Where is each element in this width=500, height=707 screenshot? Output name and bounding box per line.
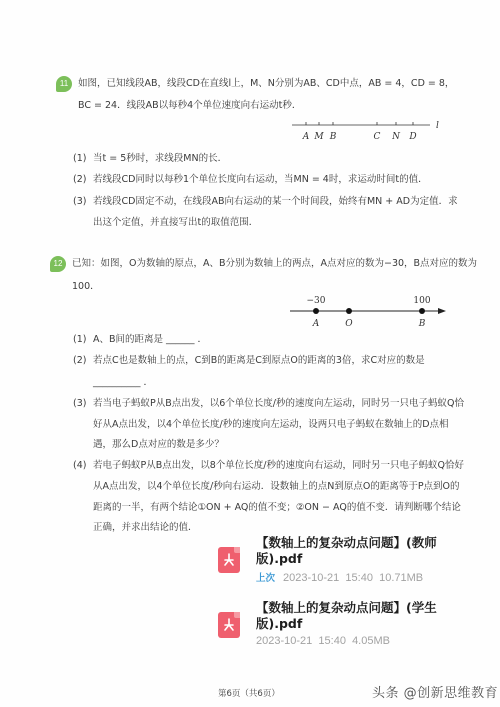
file-name-line: 版).pdf — [256, 550, 302, 567]
file-size: 4.05MB — [352, 635, 390, 647]
point-label: M — [313, 132, 324, 142]
part-number: (1) — [73, 153, 86, 164]
point-label: B — [329, 132, 337, 142]
line-label: l — [436, 121, 439, 131]
part-number: (3) — [73, 196, 86, 207]
attachment-student-pdf[interactable]: 【数轴上的复杂动点问题】(学生 版).pdf 2023-10-21 15:40 … — [212, 599, 500, 649]
point-label: N — [391, 132, 401, 142]
file-name-line: 【数轴上的复杂动点问题】(学生 — [256, 599, 437, 616]
part-text: A、B间的距离是 ______ ． — [93, 334, 207, 346]
value-label: −30 — [307, 296, 326, 306]
point-label: A — [312, 319, 320, 329]
part-text: 从A点出发，以4个单位长度/秒向右运动．设数轴上的点N到原点O的距离等于P点到O… — [93, 481, 460, 493]
file-date: 2023-10-21 — [283, 572, 339, 584]
part-number: (1) — [73, 334, 86, 345]
part-text: 好从A点出发，以4个单位长度/秒的速度向左运动，设两只电子蚂蚁在数轴上的D点相 — [93, 419, 449, 431]
answer-blank: __________ ． — [93, 377, 153, 389]
part-text: 若电子蚂蚁P从B点出发，以8个单位长度/秒的速度向右运动，同时另一只电子蚂蚁Q恰… — [93, 460, 464, 472]
file-meta: 2023-10-21 15:40 4.05MB — [256, 635, 390, 647]
question-stem-line: BC = 24．线段AB以每秒4个单位速度向右运动t秒． — [78, 100, 301, 112]
question-stem-line: 已知：如图，O为数轴的原点，A、B分别为数轴上的两点，A点对应的数为−30，B点… — [72, 258, 477, 270]
part-text: 出这个定值，并直接写出t的取值范围． — [93, 217, 258, 229]
question-stem-line: 100． — [72, 281, 100, 293]
file-time: 15:40 — [318, 635, 346, 647]
question-number-badge: 11 — [56, 76, 72, 92]
pdf-icon — [218, 547, 240, 573]
part-number: (2) — [73, 174, 86, 185]
file-name-line: 【数轴上的复杂动点问题】(教师 — [256, 534, 437, 551]
file-time: 15:40 — [345, 572, 373, 584]
point-label: D — [408, 132, 416, 142]
pdf-icon — [218, 612, 240, 638]
page-indicator: 第6页（共6页） — [218, 687, 280, 699]
part-text: 距离的一半，有两个结论①ON + AQ的值不变；②ON − AQ的值不变．请判断… — [93, 502, 461, 514]
file-date: 2023-10-21 — [256, 635, 312, 647]
number-line-figure: −30 100 A O B — [288, 293, 448, 331]
point-label: O — [345, 319, 353, 329]
point-label: C — [374, 132, 381, 142]
part-number: (3) — [73, 398, 86, 409]
part-text: 若点C也是数轴上的点，C到B的距离是C到原点O的距离的3倍，求C对应的数是 — [93, 355, 425, 367]
watermark: 头条 @创新思维教育 — [372, 682, 498, 701]
last-opened-tag: 上次 — [256, 573, 275, 584]
point-label: A — [302, 132, 310, 142]
segment-figure: l A M B C N D — [290, 118, 440, 144]
part-text: 正确，并求出结论的值． — [93, 522, 198, 534]
document-page: 11 如图，已知线段AB，线段CD在直线l上，M、N分别为AB、CD中点，AB … — [0, 0, 500, 707]
file-meta: 上次2023-10-21 15:40 10.71MB — [256, 570, 423, 584]
value-label: 100 — [413, 296, 430, 306]
question-number-badge: 12 — [50, 256, 66, 272]
part-text: 当t = 5秒时，求线段MN的长． — [93, 153, 227, 165]
part-text: 若当电子蚂蚁P从B点出发，以6个单位长度/秒的速度向左运动，同时另一只电子蚂蚁Q… — [93, 398, 464, 410]
file-size: 10.71MB — [379, 572, 423, 584]
question-stem-line: 如图，已知线段AB，线段CD在直线l上，M、N分别为AB、CD中点，AB = 4… — [78, 78, 454, 90]
part-number: (2) — [73, 355, 86, 366]
point-label: B — [418, 319, 426, 329]
part-text: 若线段CD固定不动，在线段AB向右运动的某一个时间段，始终有MN + AD为定值… — [93, 196, 458, 208]
part-text: 若线段CD同时以每秒1个单位长度向右运动，当MN = 4时，求运动时间t的值． — [93, 174, 428, 186]
attachment-teacher-pdf[interactable]: 【数轴上的复杂动点问题】(教师 版).pdf 上次2023-10-21 15:4… — [212, 534, 500, 584]
part-number: (4) — [73, 460, 86, 471]
file-name-line: 版).pdf — [256, 615, 302, 632]
part-text: 遇，那么D点对应的数是多少？ — [93, 439, 224, 451]
